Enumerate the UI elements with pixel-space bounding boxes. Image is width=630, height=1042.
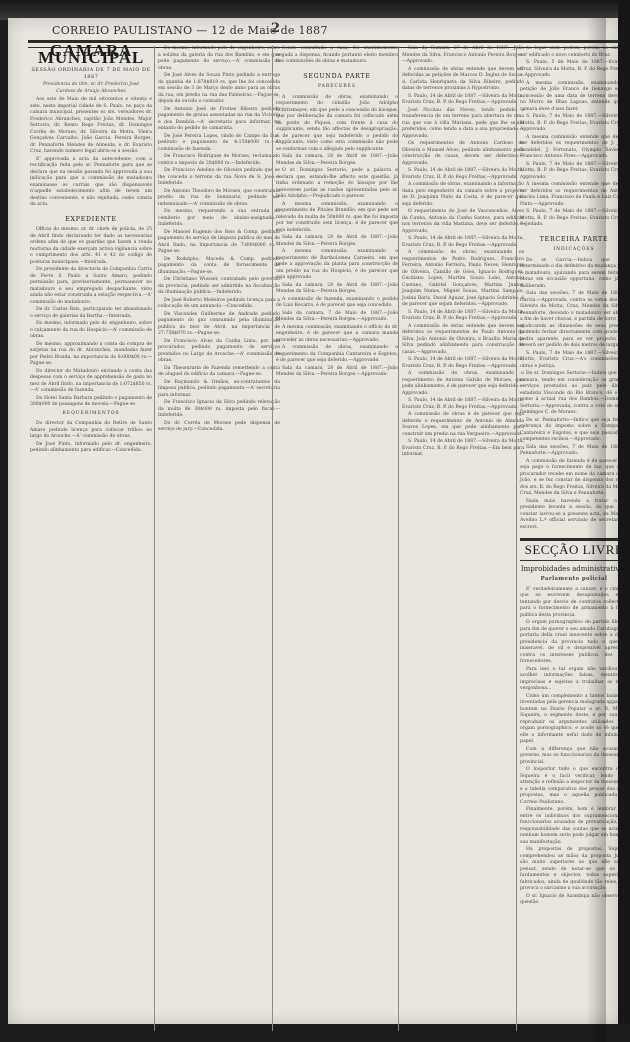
- paragraph: De Viscondes Guilherme de Andrade pedind…: [158, 312, 280, 338]
- paragraph: O sr. Ignacio de Azambuja não observou a…: [520, 894, 628, 907]
- paragraph: A mesma commissão, examinando o requerim…: [276, 249, 398, 282]
- paragraph: Sala da camara, 7 de Maio de 1887.—João …: [276, 311, 398, 324]
- column-divider: [516, 46, 517, 1024]
- paragraph: De Christiano Wiesser, contratado pelo g…: [158, 277, 280, 297]
- page-fold-shadow: [586, 18, 606, 1024]
- paragraph: Do mesmo, requerendo a sua entrada no ce…: [158, 209, 280, 229]
- column-2: Do mesmo, informado pelo dr. engenheiro,…: [158, 46, 280, 435]
- scan-right-border: [618, 0, 630, 1024]
- paragraph: Sala da Camara, 27 de Abril de 1887.—Joã…: [402, 46, 524, 66]
- paragraph: De Francisco Rodrigues de Moraes, reclam…: [158, 154, 280, 167]
- scan-top-border: [0, 0, 630, 20]
- column-divider: [398, 46, 399, 1024]
- paragraph: A mesma commissão, examinando o requerim…: [276, 202, 398, 235]
- paragraph: S. Paulo, 7 de Maio de 1887.—Silveira da…: [520, 162, 628, 182]
- expediente-heading: EXPEDIENTE: [30, 217, 152, 224]
- paragraph: Nada mais havendo a tratar o sr. preside…: [520, 499, 628, 532]
- requerimentos-paragraphs: Do director da Companhia do Retiro de Sa…: [30, 421, 152, 455]
- terceira-parte-heading: TERCEIRA PARTE: [520, 237, 628, 244]
- paragraph: S. Paulo, 7 de Maio de 1887.—Silveira da…: [520, 209, 628, 229]
- paragraph: De Antonio José de Freitas Ribeiro pedin…: [158, 107, 280, 133]
- paragraph: S. Paulo, 14 de Abril de 1887.—Silveira …: [402, 168, 524, 181]
- paragraph: Finalmente, porém, bom é lembrar que ent…: [520, 807, 628, 846]
- paragraph: Do presidente da directoria da Companhia…: [30, 267, 152, 306]
- paragraph: Aos sete de Maio de mil oitocentos e oit…: [30, 97, 152, 156]
- paragraph: Os requerimentos de Antonio Cardoso de O…: [402, 141, 524, 167]
- paragraph: Do sr. Domingos Sertorio:—Indico que est…: [520, 371, 628, 417]
- paragraph: A commissão de obras, examinando o reque…: [402, 371, 524, 397]
- column-5-paragraphs: no logar onde podem, porem, no campo, se…: [520, 46, 628, 229]
- paragraph: Do director da Companhia do Retiro de Sa…: [30, 421, 152, 441]
- seccao-livre-heading: SECÇÃO LIVRE: [520, 547, 628, 554]
- paragraph: Com a differença que não acusam o govern…: [520, 747, 628, 767]
- article-subtitle: Parlamento policial: [520, 576, 628, 583]
- paragraph: Do mesmo, informado pelo dr. engenheiro,…: [158, 46, 280, 72]
- paragraph: De Francisco Alves da Cunha Lima, por se…: [158, 339, 280, 365]
- session-title: SESSÃO ORDINARIA DE 7 DE MAIO DE 1887: [30, 67, 152, 80]
- paragraph: A mesma commissão entende que devem ser …: [520, 135, 628, 161]
- column-3: Sendo consultada a casa, foi unanimement…: [276, 46, 398, 380]
- pareceres-paragraphs: A commissão de obras, examinando o reque…: [276, 95, 398, 379]
- paragraph: S. Paulo, 5 de Maio de 1887.—Evaristo Cr…: [520, 60, 628, 80]
- paragraph: S. Paulo, 7 de Maio de 1887.—Silveira da…: [520, 351, 628, 371]
- paragraph: Do mesmo, informado pelo dr. engenheiro,…: [30, 321, 152, 341]
- paragraph: O requerimento de José de Vasconcellos, …: [402, 209, 524, 235]
- column-3-intro: Sendo consultada a casa, foi unanimement…: [276, 46, 398, 66]
- paragraph: Do mesmo, approximando a conta da compra…: [30, 342, 152, 368]
- paragraph: S. Paulo, 14 de Abril de 1887.—Silveira …: [402, 94, 524, 107]
- requerimentos-heading: REQUERIMENTOS: [30, 411, 152, 418]
- paragraph: De Rodolpho, Macedo & Comp. pedindo paga…: [158, 257, 280, 277]
- section-rule: [520, 560, 628, 561]
- paragraph: Do dr. Corrêa de Moraes pede dispensa de…: [158, 421, 280, 434]
- paragraph: A mesma commissão, examinando a petição …: [520, 81, 628, 114]
- article-paragraphs: E' verdadeiramente a cansar; e o cinismo…: [520, 587, 628, 907]
- paragraph: De José Alves de Souza Pinto pedindo a e…: [158, 73, 280, 106]
- paragraph: Sala da camara, 28 de Abril de 1887.—Joã…: [276, 283, 398, 296]
- paragraph: Sala da camara, 28 de Abril de 1887.—Joã…: [276, 366, 398, 379]
- column-5: no logar onde podem, porem, no campo, se…: [520, 46, 628, 908]
- opening-paragraphs: Aos sete de Maio de mil oitocentos e oit…: [30, 97, 152, 209]
- paragraph: José Nicolau das Neves, tendo pedido a t…: [402, 108, 524, 141]
- paragraph: De José Roberto Medeiros pedindo licença…: [158, 298, 280, 311]
- column-2-paragraphs: Do mesmo, informado pelo dr. engenheiro,…: [158, 46, 280, 434]
- paragraph: A commissão de obras entende que devem s…: [402, 67, 524, 93]
- paragraph: Como um complemento a tantos baixezas, i…: [520, 694, 628, 746]
- indicacoes-paragraphs: Do sr. Garcia:—Indica que seja determina…: [520, 258, 628, 532]
- paragraph: S. Paulo, 7 de Maio de 1887.—Silveira da…: [520, 114, 628, 134]
- paragraph: S. Paulo, 14 de Abril de 1887.—Silveira …: [402, 310, 524, 323]
- paragraph: Do sr. Garcia:—Indica que seja determina…: [520, 258, 628, 291]
- paragraph: Para isso o tal orgam não vacillou em ac…: [520, 667, 628, 693]
- column-divider: [154, 46, 155, 1024]
- segunda-parte-heading: SEGUNDA PARTE: [276, 74, 398, 81]
- paragraph: A commissão de obras, examinando o reque…: [276, 345, 398, 365]
- paragraph: De José Pinto, informado pelo dr. engenh…: [30, 442, 152, 455]
- paragraph: Officio do mesmo, sr. dr. chefe de polic…: [30, 227, 152, 266]
- section-rule: [520, 538, 628, 541]
- paragraph: A commissão de obras entende que devem s…: [402, 324, 524, 357]
- newspaper-page: CORREIO PAULISTANO — 12 de Maio de 1887 …: [8, 18, 618, 1024]
- paragraph: S. Paulo, 14 de Abril de 1887.—Silveira …: [402, 236, 524, 249]
- column-1: CAMARA MUNICIPAL SESSÃO ORDINARIA DE 7 D…: [30, 46, 152, 456]
- paragraph: Sala da camara, 28 de Abril de 1887.—Joã…: [276, 235, 398, 248]
- column-4-paragraphs: Sala da Camara, 27 de Abril de 1887.—Joã…: [402, 46, 524, 459]
- column-4: Sala da Camara, 27 de Abril de 1887.—Joã…: [402, 46, 524, 460]
- paragraph: A commissão de fazenda, examinando o ped…: [276, 297, 398, 310]
- paragraph: A commissão de fazenda é de parecer que …: [520, 459, 628, 498]
- article-title: Improbidades administrativas: [520, 566, 628, 573]
- camara-municipal-heading: CAMARA MUNICIPAL: [30, 48, 152, 61]
- presidency-line: Presidencia do illm. sr. dr. Frederico J…: [36, 82, 146, 95]
- paragraph: De José Pereira Lopes, vindo do Campo da…: [158, 134, 280, 154]
- paragraph: A mesma commissão, examinando o officio …: [276, 325, 398, 345]
- paragraph: A commissão de obras é de parecer que se…: [402, 412, 524, 438]
- column-divider: [272, 46, 273, 1024]
- paragraph: Da Thesouraria de Fazenda remettendo a c…: [158, 366, 280, 379]
- paragraph: Sala da camara, 28 de Abril de 1887.—Joã…: [276, 154, 398, 167]
- indicacoes-heading: INDICAÇÕES: [520, 247, 628, 254]
- paragraph: no logar onde podem, porem, no campo, se…: [520, 46, 628, 59]
- paragraph: Sala das sessões, 7 de Maio de 1887.—Gar…: [520, 291, 628, 350]
- paragraph: Do Hotel Santa Barbara pedindo o pagamen…: [30, 396, 152, 409]
- paragraph: Ha propostas de propostas. Siqueira comp…: [520, 847, 628, 893]
- paragraph: De dr. Carlos Reis, participando ter aba…: [30, 307, 152, 320]
- paragraph: E' verdadeiramente a cansar; e o cinismo…: [520, 587, 628, 620]
- paragraph: De Antonio Theodoro de Moraes, que const…: [158, 189, 280, 209]
- paragraph: De Manoel Eugenio dos Reis & Comp. pedin…: [158, 230, 280, 256]
- paragraph: A commissão de obras, examinando o reque…: [276, 95, 398, 154]
- paragraph: Do sr. Pennaforte:—Indico que seja feita…: [520, 418, 628, 444]
- paragraph: De Francisco Adelino de Oliveira pedindo…: [158, 168, 280, 188]
- paragraph: O orgam pornographico do partido liberal…: [520, 620, 628, 666]
- page-number: 2: [271, 21, 280, 36]
- paragraph: A commissão de obras, examinando a infor…: [402, 182, 524, 208]
- paragraph: O inspector tudo o que encontra o sr. Si…: [520, 767, 628, 806]
- masthead: CORREIO PAULISTANO — 12 de Maio de 1887 …: [36, 24, 506, 38]
- paragraph: A mesma commissão entende que devem ser …: [520, 182, 628, 208]
- pareceres-heading: PARECERES: [276, 84, 398, 91]
- paragraph: De Francisco Ignacio da Silva pedindo re…: [158, 400, 280, 420]
- paragraph: S. Paulo, 14 de Abril de 1887.—Silveira …: [402, 439, 524, 459]
- paragraph: Sala das sessões, 7 de Maio de 1887.—Pen…: [520, 445, 628, 458]
- masthead-title: CORREIO PAULISTANO — 12 de Maio de 1887: [52, 24, 328, 37]
- paragraph: A commissão de obras, examinando os requ…: [402, 250, 524, 309]
- paragraph: O sr. Domingos Sertorio, pede a palavra …: [276, 168, 398, 201]
- expediente-paragraphs: Officio do mesmo, sr. dr. chefe de polic…: [30, 227, 152, 409]
- paragraph: E' approvada a acta da antecedente, com …: [30, 157, 152, 209]
- paragraph: S. Paulo, 14 de Abril de 1887.—Silveira …: [402, 357, 524, 370]
- paragraph: De Raymundo & Irmãos, ex-contratantes da…: [158, 380, 280, 400]
- paragraph: Do director do Matadouro enviando a cont…: [30, 369, 152, 395]
- paragraph: S. Paulo, 14 de Abril de 1887.—Silveira …: [402, 398, 524, 411]
